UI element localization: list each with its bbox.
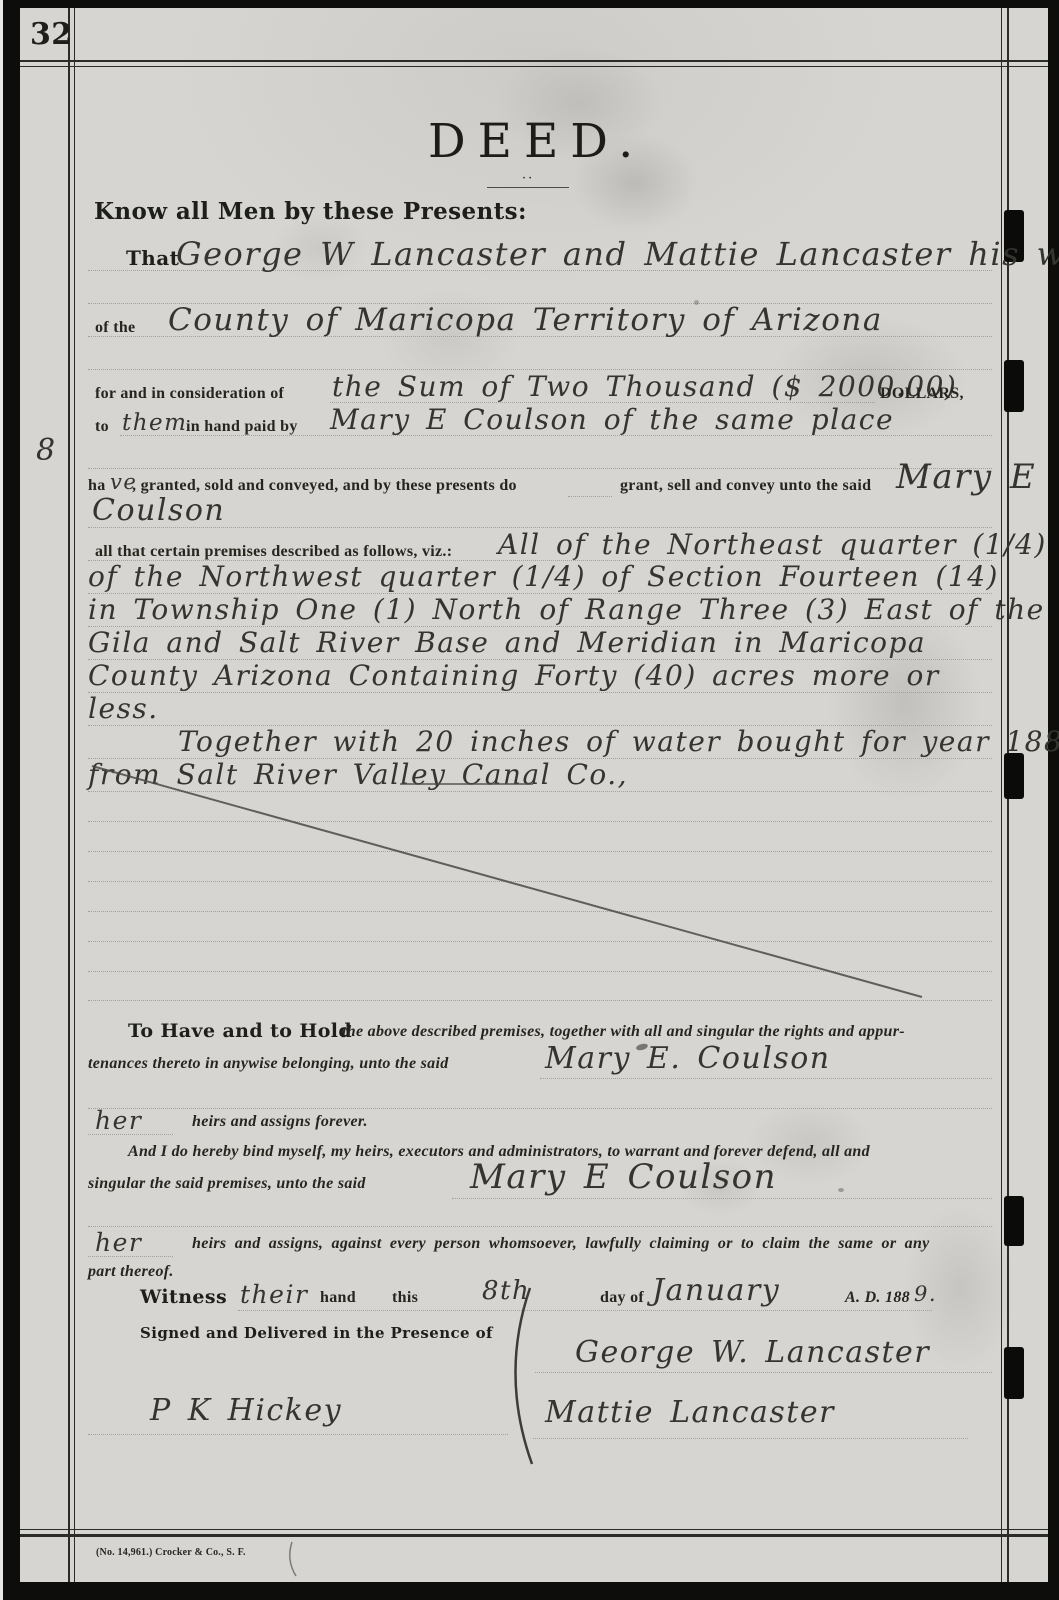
scan-edge-sliver: [0, 0, 3, 1600]
paid-pronoun-handwriting: them: [122, 412, 187, 435]
description-line: in Township One (1) North of Range Three…: [88, 596, 1045, 624]
this-label: this: [392, 1290, 418, 1306]
ruled-line: [88, 692, 992, 693]
heirs2-text: heirs and assigns, against every person …: [192, 1236, 930, 1252]
fill-dash: [400, 783, 533, 785]
consideration-label: for and in consideration of: [95, 386, 284, 402]
bottom-rule-outer: [20, 1534, 1048, 1537]
heirs2-text2: part thereof.: [88, 1264, 174, 1280]
ha-label: ha: [88, 478, 106, 494]
of-the-label: of the: [95, 320, 135, 336]
convey-clause: grant, sell and convey unto the said: [620, 478, 871, 494]
residence-handwriting: County of Maricopa Territory of Arizona: [168, 305, 883, 336]
description-line: Together with 20 inches of water bought …: [178, 728, 1059, 756]
description-line: of the Northwest quarter (1/4) of Sectio…: [88, 563, 999, 591]
witness-signature: P K Hickey: [150, 1396, 342, 1426]
to-label: to: [95, 419, 109, 435]
presence-label: Signed and Delivered in the Presence of: [140, 1326, 493, 1341]
page-title: DEED.: [428, 118, 645, 165]
day-handwriting: 8th: [482, 1278, 530, 1304]
ruled-line: [88, 1434, 508, 1435]
habendum-grantee-handwriting: Mary E. Coulson: [545, 1044, 831, 1074]
opening-heading: Know all Men by these Presents:: [94, 200, 527, 223]
habendum-heading: To Have and to Hold: [128, 1022, 352, 1041]
ruled-line: [88, 1108, 992, 1109]
heirs1-text: heirs and assigns forever.: [192, 1114, 368, 1130]
ruled-line: [88, 971, 992, 972]
ruled-line: [452, 1198, 992, 1199]
ruled-line: [88, 1000, 992, 1001]
title-rule: [487, 187, 569, 188]
description-line: Gila and Salt River Base and Meridian in…: [88, 629, 926, 657]
ruled-line: [535, 1372, 992, 1373]
title-rule-dots: ··: [522, 172, 534, 185]
do-blank-line: [568, 496, 612, 497]
witness-pronoun-handwriting: their: [240, 1282, 308, 1307]
dollars-label: DOLLARS,: [880, 386, 964, 402]
grantee-handwriting-2: Coulson: [92, 496, 225, 526]
description-line: from Salt River Valley Canal Co.,: [88, 761, 628, 789]
month-handwriting: January: [652, 1276, 780, 1306]
ruled-line: [88, 1226, 992, 1227]
margin-mark: 8: [36, 436, 57, 466]
binding-tab: [1004, 1347, 1024, 1399]
consideration-handwriting: the Sum of Two Thousand ($ 2000.00): [332, 373, 957, 401]
granted-clause: , granted, sold and conveyed, and by the…: [132, 478, 517, 494]
description-line: less.: [88, 695, 159, 723]
ink-speck: [694, 300, 699, 305]
description-line: All of the Northeast quarter (1/4): [498, 531, 1047, 559]
binding-tab: [1004, 753, 1024, 799]
ruled-line: [238, 1310, 932, 1311]
left-rule-outer: [68, 8, 70, 1582]
binding-tab: [1004, 1196, 1024, 1246]
ruled-line: [88, 941, 992, 942]
ruled-line: [88, 468, 992, 469]
description-line: County Arizona Containing Forty (40) acr…: [88, 662, 940, 690]
witness-label: Witness: [140, 1288, 227, 1307]
year-handwriting: 9.: [914, 1284, 937, 1305]
grantors-handwriting: George W Lancaster and Mattie Lancaster …: [176, 238, 1059, 270]
ruled-line: [88, 881, 992, 882]
habendum-line2: tenances thereto in anywise belonging, u…: [88, 1056, 449, 1072]
bottom-rule-inner: [20, 1529, 1048, 1530]
ruled-line: [88, 1134, 173, 1135]
hand-label: hand: [320, 1290, 356, 1306]
day-of-label: day of: [600, 1290, 644, 1306]
premises-label: all that certain premises described as f…: [95, 544, 452, 560]
printer-imprint: (No. 14,961.) Crocker & Co., S. F.: [96, 1548, 246, 1558]
warrant-grantee-handwriting: Mary E Coulson: [470, 1160, 777, 1194]
that-label: That: [126, 248, 179, 268]
heirs1-pronoun-handwriting: her: [95, 1108, 142, 1133]
ruled-line: [88, 911, 992, 912]
page-number: 32: [30, 20, 73, 50]
ruled-line: [88, 1256, 173, 1257]
ruled-line: [533, 1438, 968, 1439]
grantor-signature-2: Mattie Lancaster: [545, 1398, 835, 1428]
heirs2-pronoun-handwriting: her: [95, 1230, 142, 1255]
habendum-line1: the above described premises, together w…: [342, 1024, 905, 1040]
top-rule-outer: [20, 60, 1048, 62]
ruled-line: [88, 791, 992, 792]
ruled-line: [540, 1078, 992, 1079]
ruled-line: [88, 851, 992, 852]
binding-tab: [1004, 360, 1024, 412]
ad-label: A. D. 188: [845, 1290, 910, 1306]
grantor-signature-1: George W. Lancaster: [575, 1338, 930, 1368]
deed-scan-page: { "page": { "number": "32", "margin_mark…: [0, 0, 1059, 1600]
payer-handwriting: Mary E Coulson of the same place: [330, 406, 894, 434]
left-rule-inner: [74, 8, 75, 1582]
top-rule-inner: [20, 66, 1048, 67]
ink-speck: [838, 1188, 844, 1192]
grantee-handwriting-1: Mary E: [896, 460, 1036, 494]
ruled-line: [88, 821, 992, 822]
warrant-line2: singular the said premises, unto the sai…: [88, 1176, 366, 1192]
paid-label: in hand paid by: [186, 419, 298, 435]
